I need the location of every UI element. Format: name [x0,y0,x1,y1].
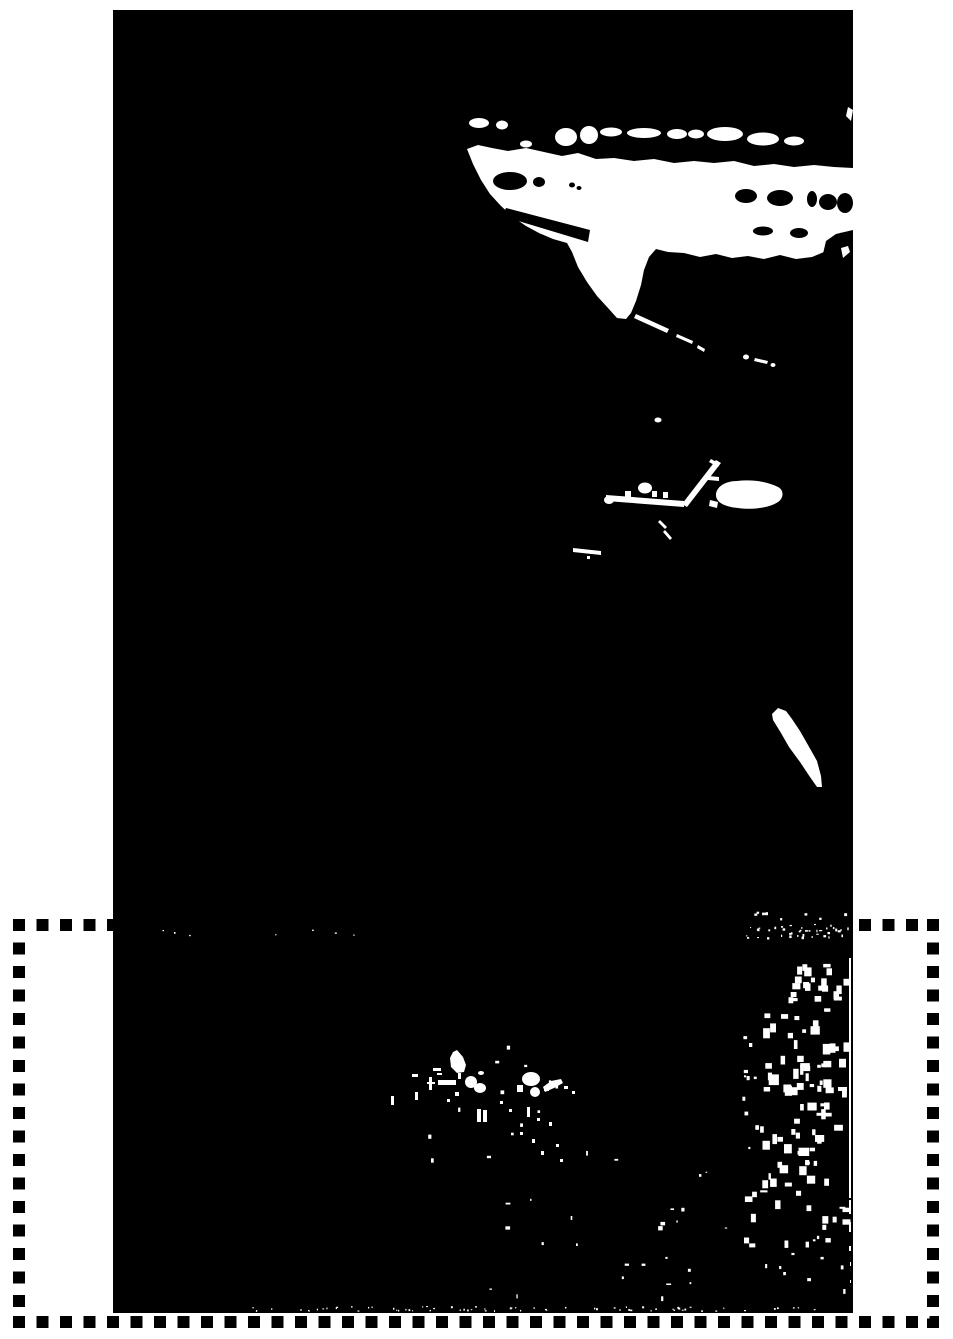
speckle-waterline-left [353,934,354,936]
speckle-mid-bottom [489,1289,492,1290]
hull-window-hole [807,191,817,207]
speckle-bottom-edge-noise [351,1306,353,1307]
speckle-bottom-edge-noise [626,1306,627,1308]
mask-blob [496,121,508,130]
speckle-bottom-edge-noise [701,1310,703,1312]
speckle-right-main [817,1065,821,1068]
speckle-right-main [777,1137,783,1142]
speckle-right-top [844,979,850,986]
speckle-mid-bottom [681,1208,684,1212]
mask-blob [655,418,662,423]
speckle-right-top [821,978,827,987]
mask-blob [850,1280,851,1283]
speckle-right-fringe [745,1112,749,1116]
speckle-right-fringe [754,1077,757,1080]
speckle-bottom-edge-noise [515,1307,517,1308]
speckle-right-main [791,1129,795,1135]
speckle-right-lower [752,1192,757,1198]
mask-blob [520,1132,523,1135]
speckle-waterline-right-b [767,937,769,940]
speckle-waterline-right-a [754,914,757,916]
mask-blob [469,118,489,128]
speckle-bottom-edge-noise [430,1310,432,1311]
speckle-right-lower [749,1243,755,1247]
speckle-bottom-edge-noise [642,1306,644,1308]
speckle-right-main [810,1148,815,1152]
speckle-right-main [763,1141,770,1150]
mask-blob [572,1091,575,1094]
speckle-waterline-right-b [757,929,759,931]
speckle-right-lower [843,1208,851,1212]
speckle-right-top [789,997,794,1003]
speckle-right-main [830,1043,836,1052]
speckle-right-lower [775,1200,780,1209]
speckle-waterline-left [163,930,165,931]
mask-blob [527,1107,530,1117]
speckle-bottom-edge-noise [545,1309,547,1310]
speckle-right-main [824,1008,830,1012]
mask-blob [850,1262,851,1266]
speckle-bottom-edge-noise [494,1310,495,1312]
mask-blob [509,1109,512,1112]
speckle-right-lower [833,1217,837,1223]
speckle-bottom-edge-noise [630,1310,632,1312]
speckle-right-main [820,1081,823,1086]
speckle-mid-bottom [690,1282,692,1284]
speckle-waterline-right-b [746,935,748,936]
speckle-bottom-edge-noise [511,1308,513,1309]
speckle-waterline-right-b [797,935,799,937]
binary-mask-figure [0,0,953,1339]
speckle-right-lower [806,1242,809,1248]
speckle-waterline-right-b [811,936,813,937]
speckle-mid-bottom [665,1257,667,1259]
speckle-bottom-edge-noise [774,1308,776,1310]
speckle-right-fringe [748,1147,750,1149]
mask-blob [455,1092,459,1096]
speckle-right-top [791,992,797,997]
speckle-bottom-edge-noise [690,1307,692,1308]
mask-blob [478,1071,484,1075]
speckle-right-top [797,967,802,975]
hull-window-hole [819,194,837,210]
speckle-bottom-edge-noise [684,1309,686,1311]
speckle-right-main [800,1065,803,1075]
speckle-bottom-edge-noise [715,1311,717,1312]
speckle-right-lower [751,1214,756,1223]
mask-blob [477,1109,481,1122]
speckle-center-cluster [524,1065,527,1067]
speckle-right-top [836,986,841,995]
speckle-right-main [845,1043,849,1048]
speckle-waterline-right-b [805,930,808,932]
speckle-right-main [794,1016,799,1020]
mask-blob [555,128,577,146]
figure-page [0,0,953,1339]
speckle-right-main [823,1061,831,1067]
mask-blob [541,1151,544,1155]
mask-blob [849,958,851,1198]
speckle-right-lower [785,1241,789,1248]
speckle-bottom-edge-noise [336,1307,337,1309]
speckle-right-main [826,1113,832,1117]
mask-blob [747,133,779,146]
speckle-bottom-edge-noise [271,1308,272,1310]
speckle-right-main [760,1126,764,1132]
mask-blob [391,1096,394,1105]
speckle-waterline-right-b [774,927,776,930]
mask-blob [437,1073,442,1075]
speckle-right-fringe [755,1125,759,1130]
speckle-right-main [817,1086,821,1092]
speckle-right-main [811,1026,820,1034]
speckle-right-main [790,1087,798,1095]
speckle-bottom-edge-noise [357,1311,359,1312]
speckle-center-cluster [538,1110,541,1113]
speckle-bottom-edge-noise [651,1310,652,1312]
speckle-bottom-edge-noise [412,1310,413,1311]
speckle-waterline-right-b [828,936,829,938]
speckle-right-bottom [843,1289,845,1294]
speckle-bottom-edge-noise [655,1308,657,1310]
mask-blob [517,1085,523,1092]
speckle-right-main [784,1144,792,1153]
hull-window-hole [753,227,773,236]
speckle-waterline-right-b [768,929,770,931]
speckle-waterline-right-b [847,927,848,930]
hull-window-hole [790,228,808,238]
speckle-bottom-edge-noise [467,1310,469,1312]
speckle-center-cluster [511,1133,514,1136]
speckle-right-main [802,1029,806,1033]
speckle-right-lower [822,1216,828,1224]
speckle-mid-bottom [725,1228,727,1229]
speckle-bottom-edge-noise [678,1308,680,1309]
speckle-bottom-edge-noise [520,1310,521,1312]
speckle-right-lower [805,1162,810,1165]
mask-blob [458,1073,461,1079]
speckle-right-main [810,1084,814,1087]
speckle-bottom-edge-noise [744,1310,746,1311]
speckle-mid-bottom [586,1151,588,1156]
speckle-mid-bottom [530,1199,531,1201]
speckle-right-lower [769,1173,771,1180]
speckle-waterline-right-b [783,928,786,930]
speckle-waterline-right-a [844,913,847,916]
speckle-waterline-left [312,930,314,931]
speckle-right-top [795,977,802,984]
mask-blob [707,127,743,141]
speckle-bottom-edge-noise [300,1309,302,1310]
speckle-right-lower [822,1225,826,1230]
speckle-center-cluster [431,1158,434,1162]
speckle-right-main [824,1103,830,1110]
speckle-bottom-edge-noise [398,1310,399,1312]
speckle-right-top [811,978,815,983]
speckle-bottom-edge-noise [371,1307,372,1308]
speckle-mid-bottom [658,1226,663,1230]
speckle-bottom-edge-noise [471,1309,473,1310]
speckle-right-fringe [744,1075,746,1077]
speckle-mid-bottom [505,1226,510,1229]
speckle-center-cluster [507,1046,510,1050]
speckle-waterline-right-b [816,934,818,935]
speckle-mid-bottom [622,1276,624,1279]
mask-blob [549,1122,552,1126]
speckle-right-main [794,1040,798,1049]
speckle-right-main [806,1073,809,1081]
mask-blob [771,363,776,367]
speckle-mid-bottom [642,1264,646,1266]
mask-blob [849,1246,851,1251]
speckle-bottom-edge-noise [326,1308,327,1310]
speckle-bottom-edge-noise [565,1307,566,1309]
speckle-mid-bottom [614,1159,618,1161]
speckle-bottom-edge-noise [308,1310,309,1311]
speckle-center-cluster [495,1061,499,1064]
speckle-right-fringe [744,1070,748,1073]
speckle-mid-bottom [699,1174,701,1177]
speckle-waterline-right-a [780,918,782,920]
speckle-bottom-edge-noise [393,1308,394,1310]
speckle-bottom-edge-noise [777,1307,779,1309]
speckle-right-lower [843,1219,851,1224]
speckle-mid-bottom [625,1264,629,1266]
speckle-right-main [823,1079,831,1088]
speckle-waterline-right-b [814,924,816,925]
speckle-right-main [817,1113,825,1116]
speckle-right-main [772,1134,777,1144]
speckle-bottom-edge-noise [682,1310,684,1311]
speckle-right-lower [825,1238,830,1242]
speckle-waterline-right-b [809,930,811,932]
mask-blob [532,1139,535,1143]
speckle-bottom-edge-noise [256,1310,257,1312]
speckle-bottom-edge-noise [422,1306,423,1307]
speckle-right-bottom [841,1265,844,1269]
mask-blob [600,128,622,137]
mask-blob [530,1087,540,1097]
speckle-right-main [793,1069,798,1079]
speckle-waterline-left [335,933,337,934]
speckle-right-fringe [747,1076,750,1080]
speckle-waterline-right-b [816,930,817,933]
speckle-right-main [781,1056,786,1065]
speckle-right-main [781,1014,788,1019]
speckle-right-lower [814,1161,817,1166]
speckle-waterline-right-b [790,925,792,926]
speckle-right-main [799,1148,810,1156]
speckle-waterline-right-b [757,937,759,938]
speckle-bottom-edge-noise [534,1307,535,1308]
speckle-waterline-right-b [781,935,782,937]
speckle-waterline-right-b [823,935,826,937]
speckle-right-main [794,1119,800,1124]
mask-blob [474,1083,486,1093]
mask-blob [625,491,631,497]
speckle-mid-bottom [506,1203,511,1205]
hull-window-hole [837,193,853,213]
speckle-waterline-left [275,934,276,935]
hull-window-hole [767,190,793,206]
mask-blob [433,1068,441,1071]
speckle-waterline-right-a [764,913,766,915]
speckle-bottom-edge-noise [396,1310,397,1311]
speckle-right-lower [778,1162,783,1168]
speckle-waterline-right-b [759,928,761,929]
speckle-bottom-edge-noise [485,1310,487,1311]
speckle-waterline-left [174,932,176,934]
speckle-right-main [823,1044,831,1055]
speckle-bottom-edge-noise [620,1309,621,1311]
mask-blob [412,1074,418,1077]
mask-blob [483,1110,487,1122]
speckle-right-lower [813,1239,816,1241]
speckle-bottom-edge-noise [594,1308,595,1310]
speckle-right-fringe [743,1036,747,1039]
mask-blob [438,1080,456,1085]
mask-blob [447,1099,450,1102]
speckle-bottom-edge-noise [673,1309,674,1310]
speckle-waterline-right-b [801,927,802,929]
speckle-right-top [792,983,800,989]
speckle-right-top [827,968,833,975]
speckle-waterline-right-b [841,935,843,938]
speckle-right-top [823,964,830,968]
speckle-right-top [805,983,811,991]
hull-window-hole [577,186,582,190]
speckle-right-main [812,1129,815,1135]
speckle-bottom-edge-noise [253,1307,254,1308]
speckle-waterline-right-b [819,930,821,931]
speckle-waterline-right-a [757,912,760,914]
mask-blob [743,355,749,360]
speckle-waterline-right-b [747,937,749,939]
speckle-bottom-edge-noise [463,1309,465,1311]
speckle-bottom-edge-noise [596,1308,598,1310]
speckle-mid-bottom [571,1216,573,1220]
speckle-waterline-right-a [805,913,808,915]
speckle-right-main [826,1087,834,1093]
mask-blob [415,1092,418,1100]
speckle-right-bottom [791,1253,794,1255]
speckle-right-lower [745,1196,753,1202]
mask-blob [784,137,804,146]
speckle-right-lower [760,1190,767,1192]
speckle-bottom-edge-noise [793,1307,795,1308]
speckle-mid-bottom [542,1242,544,1245]
mask-blob [688,130,704,139]
speckle-mid-bottom [516,1294,517,1298]
speckle-center-cluster [487,1156,491,1158]
speckle-mid-bottom [676,1221,678,1223]
hull-window-hole [493,172,527,190]
mask-blob [638,483,652,494]
speckle-right-lower [799,1166,806,1175]
speckle-right-bottom [807,1278,811,1281]
speckle-mid-bottom [671,1208,675,1210]
speckle-right-fringe [749,1043,752,1047]
speckle-right-main [839,1062,844,1066]
speckle-right-bottom [779,1266,781,1269]
speckle-mid-bottom [576,1243,578,1246]
mask-blob [520,141,532,148]
speckle-right-main [807,1103,816,1111]
mask-blob [587,556,590,559]
speckle-bottom-edge-noise [475,1306,477,1308]
speckle-right-main [788,1033,793,1038]
speckle-right-lower [796,1191,801,1196]
speckle-right-lower [785,1183,792,1187]
speckle-mid-bottom [666,1284,671,1286]
speckle-right-top [815,996,822,1002]
speckle-bottom-edge-noise [460,1310,461,1311]
mask-blob [427,1082,435,1084]
speckle-right-main [842,1091,847,1098]
speckle-bottom-edge-noise [628,1309,630,1311]
hull-window-hole [735,189,757,203]
speckle-right-main [768,1073,772,1081]
speckle-waterline-right-b [803,934,805,937]
speckle-bottom-edge-noise [451,1306,453,1308]
speckle-right-lower [807,1205,812,1211]
speckle-right-main [770,1023,776,1032]
speckle-right-lower [824,1179,829,1186]
speckle-right-top [834,997,842,1001]
speckle-mid-bottom [660,1222,665,1226]
speckle-bottom-edge-noise [426,1306,428,1307]
speckle-center-cluster [458,1108,460,1112]
speckle-center-cluster [555,1084,558,1088]
speckle-waterline-right-b [802,937,804,940]
mask-blob [667,129,687,139]
speckle-waterline-right-b [781,926,783,928]
speckle-right-main [797,1083,804,1090]
speckle-waterline-right-b [826,928,827,930]
speckle-right-main [765,1063,772,1069]
speckle-right-main [796,1133,800,1139]
speckle-center-cluster [428,1135,431,1139]
speckle-bottom-edge-noise [614,1307,616,1308]
mask-blob [580,126,598,144]
speckle-bottom-edge-noise [674,1310,676,1311]
speckle-right-top [804,967,811,976]
speckle-right-bottom [783,1272,786,1275]
speckle-waterline-right-b [789,935,791,938]
speckle-right-main [800,1104,804,1111]
speckle-right-main [764,1087,770,1092]
speckle-bottom-edge-noise [317,1309,318,1311]
speckle-right-main [815,1135,824,1142]
speckle-center-cluster [520,1123,523,1127]
mask-blob [663,492,668,498]
speckle-waterline-right-b [835,929,837,932]
speckle-right-bottom [765,1264,767,1268]
speckle-center-cluster [536,1078,539,1082]
speckle-right-lower [817,1236,819,1239]
speckle-bottom-edge-noise [723,1308,724,1310]
speckle-right-main [820,1103,824,1106]
speckle-waterline-right-b [750,927,751,928]
speckle-mid-bottom [688,1269,691,1272]
speckle-right-main [834,1125,843,1131]
speckle-waterline-right-b [830,925,831,927]
speckle-right-main [797,1056,804,1062]
speckle-waterline-right-b [828,932,831,934]
speckle-center-cluster [501,1090,505,1094]
speckle-waterline-right-b [838,930,841,932]
speckle-right-lower [744,1238,749,1244]
